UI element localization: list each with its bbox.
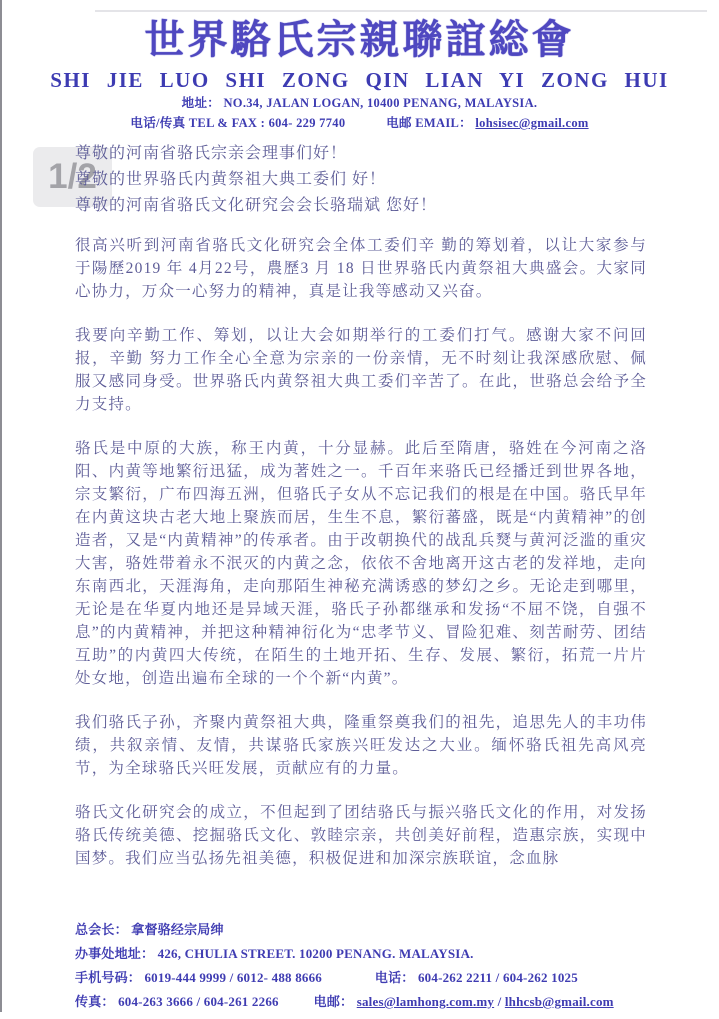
president-label: 总会长： [75,922,128,937]
address-label: 地址： [182,96,220,110]
letter-paragraph: 很高兴听到河南省骆氏文化研究会全体工委们辛 勤的筹划着，以让大家参与于陽歷201… [75,234,647,303]
footer-email-label: 电邮： [314,994,354,1009]
greeting-line: 尊敬的河南省骆氏文化研究会会长骆瑞斌 您好！ [75,193,647,219]
org-contact-line: 电话/传真 TEL & FAX : 604- 229 7740 电邮 EMAIL… [0,115,719,132]
greeting-line: 尊敬的世界骆氏内黄祭祖大典工委们 好！ [75,167,647,193]
email-label: 电邮 EMAIL： [386,116,472,130]
fax-value: 604-263 3666 / 604-261 2266 [118,994,279,1009]
org-address-line: 地址： NO.34, JALAN LOGAN, 10400 PENANG, MA… [0,95,719,112]
org-name-chinese: 世界駱氏宗親聯誼総會 [0,16,719,64]
greetings-block: 尊敬的河南省骆氏宗亲会理事们好！ 尊敬的世界骆氏内黄祭祖大典工委们 好！ 尊敬的… [75,141,647,219]
footer-office-line: 办事处地址： 426, CHULIA STREET. 10200 PENANG.… [75,942,665,966]
office-address-value: 426, CHULIA STREET. 10200 PENANG. MALAYS… [158,946,474,961]
org-email: lohsisec@gmail.com [475,116,588,130]
fax-label: 传真： [75,994,115,1009]
footer-president-line: 总会长： 拿督骆经宗局绅 [75,918,665,942]
letter-footer: 总会长： 拿督骆经宗局绅 办事处地址： 426, CHULIA STREET. … [75,918,665,1014]
letter-paragraph: 骆氏是中原的大族，称王内黄，十分显赫。此后至隋唐，骆姓在今河南之洛阳、内黄等地繁… [75,437,647,690]
footer-fax-email-line: 传真： 604-263 3666 / 604-261 2266 电邮： sale… [75,990,665,1014]
footer-email-2: lhhcsb@gmail.com [505,994,614,1009]
footer-email-1: sales@lamhong.com.my [357,994,494,1009]
president-name: 拿督骆经宗局绅 [131,922,223,937]
letterhead: 世界駱氏宗親聯誼総會 SHI JIE LUO SHI ZONG QIN LIAN… [0,16,719,132]
scan-top-edge-artifact [95,10,707,12]
letter-paragraph: 我要向辛勤工作、筹划，以让大会如期举行的工委们打气。感谢大家不问回报，辛勤 努力… [75,324,647,416]
org-name-romanized: SHI JIE LUO SHI ZONG QIN LIAN YI ZONG HU… [0,68,719,92]
letter-paragraph: 我们骆氏子孙，齐聚内黄祭祖大典，隆重祭奠我们的祖先，追思先人的丰功伟绩，共叙亲情… [75,711,647,780]
tel-fax-value: 604- 229 7740 [269,116,346,130]
tel-label: 电话： [375,970,415,985]
footer-phones-line: 手机号码： 6019-444 9999 / 6012- 488 8666 电话：… [75,966,665,990]
address-value: NO.34, JALAN LOGAN, 10400 PENANG, MALAYS… [223,96,537,110]
mobile-value: 6019-444 9999 / 6012- 488 8666 [144,970,322,985]
footer-email-separator: / [498,994,505,1009]
letter-body: 尊敬的河南省骆氏宗亲会理事们好！ 尊敬的世界骆氏内黄祭祖大典工委们 好！ 尊敬的… [75,141,647,891]
mobile-label: 手机号码： [75,970,141,985]
scanned-letter-page: 世界駱氏宗親聯誼総會 SHI JIE LUO SHI ZONG QIN LIAN… [0,0,719,1019]
tel-fax-label: 电话/传真 TEL & FAX : [130,116,265,130]
tel-value: 604-262 2211 / 604-262 1025 [418,970,578,985]
scan-left-edge-artifact [0,0,2,1012]
letter-paragraph: 骆氏文化研究会的成立，不但起到了团结骆氏与振兴骆氏文化的作用，对发扬骆氏传统美德… [75,801,647,870]
office-address-label: 办事处地址： [75,946,154,961]
greeting-line: 尊敬的河南省骆氏宗亲会理事们好！ [75,141,647,167]
